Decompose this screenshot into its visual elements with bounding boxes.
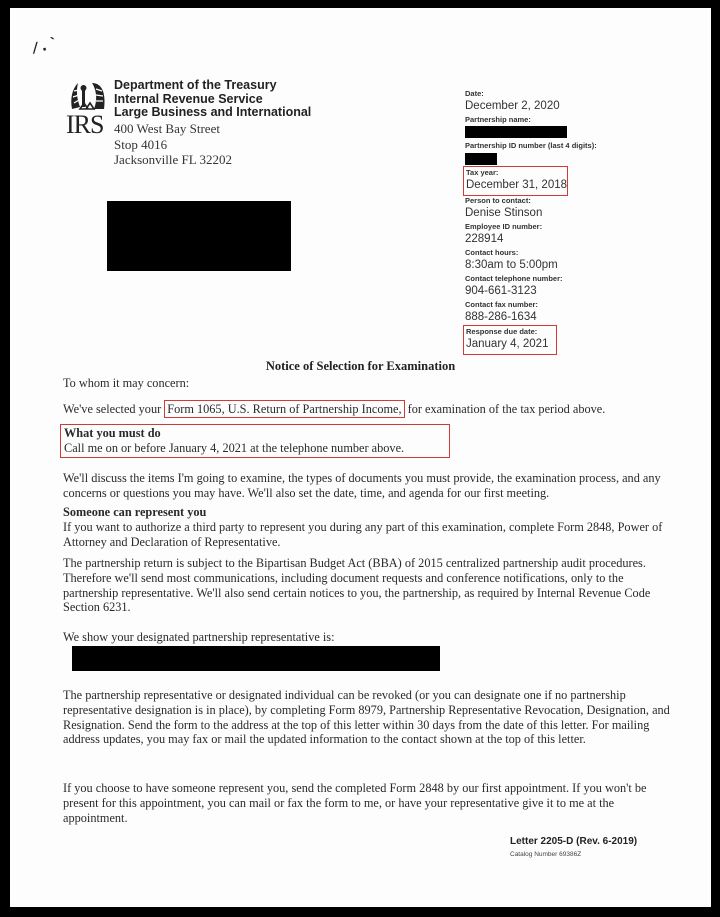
represent-section: Someone can represent you If you want to… xyxy=(63,505,673,549)
represent-text: If you want to authorize a third party t… xyxy=(63,520,673,550)
return-address: 400 West Bay Street Stop 4016 Jacksonvil… xyxy=(114,121,232,168)
form-1065-highlight: Form 1065, U.S. Return of Partnership In… xyxy=(164,400,404,418)
contact-phone-value: 904-661-3123 xyxy=(465,284,665,300)
irs-eagle-icon xyxy=(68,79,108,113)
date-value: December 2, 2020 xyxy=(465,99,665,115)
irs-logo-text: IRS xyxy=(66,112,103,138)
response-due-value: January 4, 2021 xyxy=(466,337,556,353)
partnership-id-redacted xyxy=(465,153,497,165)
contact-fax-label: Contact fax number: xyxy=(465,300,665,310)
contact-hours-value: 8:30am to 5:00pm xyxy=(465,258,665,274)
date-label: Date: xyxy=(465,89,665,99)
catalog-number: Catalog Number 69386Z xyxy=(510,851,581,858)
contact-phone-label: Contact telephone number: xyxy=(465,274,665,284)
employee-id-value: 228914 xyxy=(465,232,665,248)
choose-paragraph: If you choose to have someone represent … xyxy=(63,781,673,825)
selected-paragraph: We've selected your Form 1065, U.S. Retu… xyxy=(63,402,673,417)
response-due-highlight: Response due date: January 4, 2021 xyxy=(463,325,557,355)
what-you-must-do-box: What you must do Call me on or before Ja… xyxy=(60,424,450,458)
tax-year-value: December 31, 2018 xyxy=(466,178,567,194)
letter-page: ⁄ . ` IRS Department of the Treasury Int… xyxy=(10,8,711,907)
contact-fax-value: 888-286-1634 xyxy=(465,310,665,326)
employee-id-label: Employee ID number: xyxy=(465,222,665,232)
designated-label: We show your designated partnership repr… xyxy=(63,630,673,645)
person-to-contact-value: Denise Stinson xyxy=(465,206,665,222)
what-you-must-do-heading: What you must do xyxy=(64,426,446,441)
contact-hours-label: Contact hours: xyxy=(465,248,665,258)
bba-paragraph: The partnership return is subject to the… xyxy=(63,556,673,615)
partnership-name-label: Partnership name: xyxy=(465,115,665,125)
partnership-name-redacted xyxy=(465,126,567,138)
recipient-address-redacted xyxy=(107,201,291,271)
response-due-label: Response due date: xyxy=(466,327,556,337)
handwritten-mark: ⁄ . ` xyxy=(32,35,60,57)
org-name: Department of the Treasury Internal Reve… xyxy=(114,79,311,120)
represent-heading: Someone can represent you xyxy=(63,505,673,520)
tax-year-highlight: Tax year: December 31, 2018 xyxy=(463,166,568,196)
notice-title: Notice of Selection for Examination xyxy=(10,359,711,374)
revoke-paragraph: The partnership representative or design… xyxy=(63,688,673,747)
partnership-id-label: Partnership ID number (last 4 digits): xyxy=(465,141,665,151)
discuss-paragraph: We'll discuss the items I'm going to exa… xyxy=(63,471,673,501)
what-you-must-do-text: Call me on or before January 4, 2021 at … xyxy=(64,441,446,456)
tax-year-label: Tax year: xyxy=(466,168,567,178)
designated-representative-redacted xyxy=(72,646,440,671)
info-column: Date: December 2, 2020 Partnership name:… xyxy=(465,89,665,355)
letter-reference: Letter 2205-D (Rev. 6-2019) xyxy=(510,836,637,847)
salutation: To whom it may concern: xyxy=(63,376,673,391)
irs-logo: IRS xyxy=(66,79,110,141)
person-to-contact-label: Person to contact: xyxy=(465,196,665,206)
